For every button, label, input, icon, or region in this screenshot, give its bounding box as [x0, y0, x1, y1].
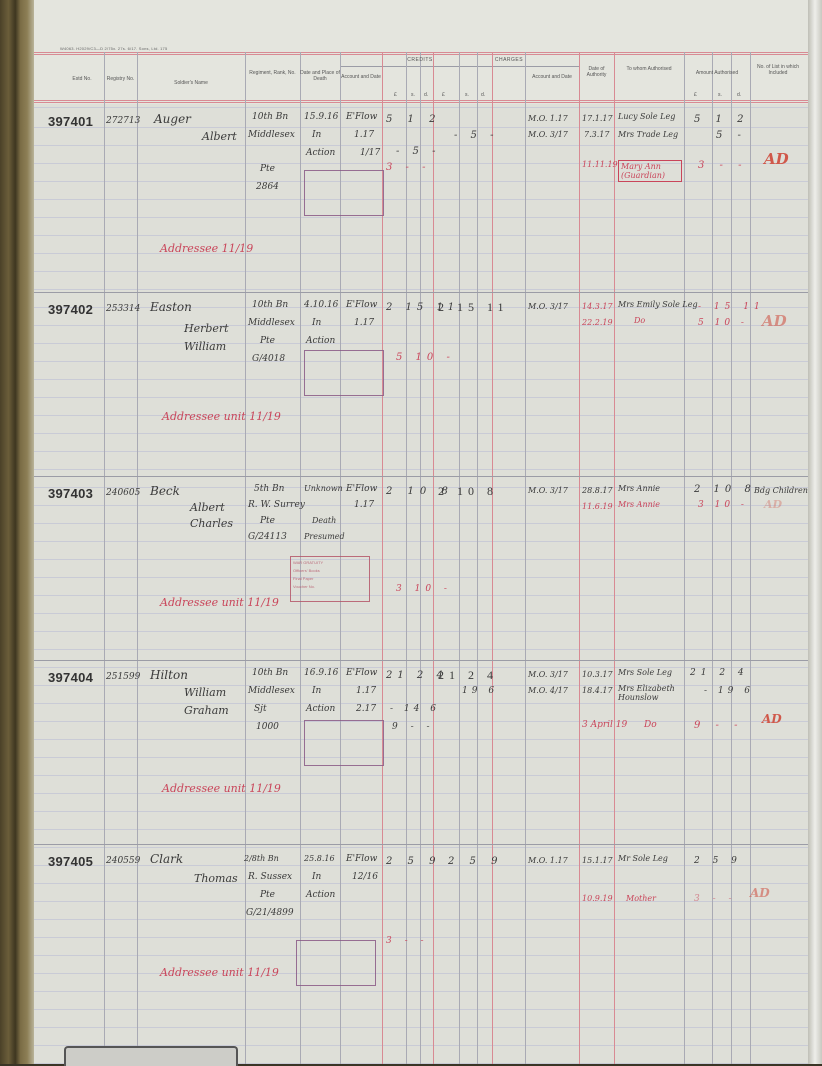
- clerk-initials: AD: [750, 886, 770, 900]
- col-charges-account: Account and Date: [525, 74, 579, 80]
- ledger-tab-holder: [64, 1046, 238, 1064]
- death-date: 15.9.16: [304, 112, 338, 122]
- charge-account: M.O. 1.17: [528, 114, 568, 123]
- credit-amount: 9 - -: [392, 722, 435, 732]
- col-list-no: No. of List in which Included: [750, 64, 806, 76]
- amount-authorised: 21 2 4: [690, 668, 749, 678]
- credit-account: 1.17: [354, 130, 374, 140]
- credit-amount: 5 10 -: [396, 352, 455, 363]
- amount-authorised: 2 5 9: [694, 856, 742, 866]
- credit-account: E'Flow: [346, 300, 377, 310]
- credit-account: 1.17: [354, 318, 374, 328]
- death-place: Action: [306, 890, 335, 900]
- service-number: 1000: [256, 722, 279, 732]
- charge-account: M.O. 4/17: [528, 686, 568, 695]
- col-date-place-death: Date and Place of Death: [300, 70, 340, 82]
- forenames: Albert Charles: [190, 500, 244, 532]
- clerk-initials: AD: [764, 498, 782, 511]
- charge-amount: 19 6: [462, 686, 498, 696]
- death-date: 4.10.16: [304, 300, 338, 310]
- header-bottom-rule-2: [34, 102, 810, 103]
- charge-account: M.O. 1.17: [528, 856, 568, 865]
- ledger-entry: 397405 240559 Clark Thomas 2/8th Bn R. S…: [34, 844, 810, 1064]
- death-date: Unknown: [304, 484, 343, 493]
- ledger-entry: 397403 240605 Beck Albert Charles 5th Bn…: [34, 476, 810, 660]
- registry-number: 240605: [106, 488, 140, 498]
- list-number: Bdg Children: [754, 486, 808, 495]
- amount-authorised: 5 10 -: [698, 318, 748, 328]
- authority-date: 22.2.19: [582, 318, 613, 327]
- regiment: 10th Bn: [252, 300, 288, 310]
- estate-number: 397405: [48, 854, 93, 869]
- rank: Pte: [260, 516, 275, 526]
- death-place: Action: [306, 148, 335, 158]
- service-number: G/21/4899: [246, 908, 294, 918]
- amount-authorised: 3 - -: [698, 160, 747, 171]
- charge-amount: 2 15 11: [438, 300, 509, 315]
- rank: Pte: [260, 890, 275, 900]
- rank: Pte: [260, 336, 275, 346]
- service-number: G/4018: [252, 354, 285, 364]
- authority-date: 10.3.17: [582, 670, 613, 679]
- registry-number: 272713: [106, 116, 140, 126]
- authority-date: 11.11.19: [582, 160, 618, 169]
- credit-account: E'Flow: [346, 854, 377, 864]
- lsd-shilling: s.: [411, 92, 415, 98]
- death-place: In: [312, 130, 321, 140]
- lsd-shilling: s.: [465, 92, 469, 98]
- credit-amount: - 14 6: [390, 704, 440, 714]
- surname: Auger: [154, 112, 191, 126]
- forenames: William Graham: [184, 684, 244, 720]
- lsd-pound: £: [694, 92, 697, 98]
- registry-number: 251599: [106, 672, 140, 682]
- authorised-payee: Mrs Annie: [618, 484, 660, 493]
- authorised-payee: Lucy Sole Leg: [618, 112, 675, 121]
- war-gratuity-stamp: [304, 170, 384, 216]
- death-place: Presumed: [304, 532, 345, 541]
- ledger-entry: 397402 253314 Easton Herbert William 10t…: [34, 292, 810, 476]
- rank: Sjt: [254, 704, 267, 714]
- credit-account: E'Flow: [346, 484, 377, 494]
- amount-authorised: - 19 6: [704, 686, 754, 696]
- authorised-payee: Mary Ann (Guardian): [618, 160, 682, 182]
- col-registry-no: Registry No.: [104, 76, 137, 82]
- header-top-rule: [34, 52, 810, 53]
- credits-group-header: CREDITS: [382, 57, 458, 63]
- authority-date: 7.3.17: [584, 130, 609, 139]
- charge-account: M.O. 3/17: [528, 302, 568, 311]
- credit-account: 1/17: [360, 148, 380, 158]
- estate-number: 397403: [48, 486, 93, 501]
- war-gratuity-stamp: [304, 720, 384, 766]
- war-gratuity-stamp: [304, 350, 384, 396]
- col-to-whom: To whom Authorised: [614, 66, 684, 72]
- lsd-pound: £: [442, 92, 445, 98]
- header-bottom-rule: [34, 100, 810, 101]
- forenames: Herbert William: [184, 320, 244, 356]
- authorised-payee: Mrs Sole Leg: [618, 668, 672, 677]
- death-place: In: [312, 872, 321, 882]
- forenames: Albert: [202, 130, 237, 143]
- authorised-payee: Mother: [626, 894, 656, 903]
- amount-authorised: 3 - -: [694, 894, 737, 904]
- credit-amount: 2 5 9: [386, 856, 441, 867]
- rank: Pte: [260, 164, 275, 174]
- authorised-payee: Mrs Annie: [618, 500, 660, 509]
- surname: Hilton: [150, 668, 188, 682]
- addressee-note: Addressee unit 11/19: [160, 596, 279, 609]
- amount-authorised: 9 - -: [694, 720, 743, 731]
- ledger-entry: 397404 251599 Hilton William Graham 10th…: [34, 660, 810, 844]
- credit-account: 1.17: [356, 686, 376, 696]
- credit-account: E'Flow: [346, 112, 377, 122]
- header-top-rule-2: [34, 54, 810, 55]
- ledger-page: W4063. H2029/C3—D 2/75x. 27s. 6/17. Sons…: [34, 0, 810, 1064]
- authorised-payee: Do: [644, 720, 657, 730]
- charge-amount: - 5 -: [454, 130, 498, 141]
- credit-amount: 3 - -: [386, 162, 430, 173]
- printer-line: W4063. H2029/C3—D 2/75x. 27s. 6/17. Sons…: [60, 46, 167, 51]
- surname: Easton: [150, 300, 192, 314]
- forenames: Thomas: [194, 872, 238, 885]
- amount-authorised: 3 10 -: [698, 500, 748, 510]
- service-number: G/24113: [248, 532, 287, 542]
- lsd-shilling: s.: [718, 92, 722, 98]
- authority-date: 3 April 19: [582, 720, 627, 730]
- death-place: In: [312, 318, 321, 328]
- regiment: R. W. Surrey: [248, 500, 305, 510]
- col-date-authority: Date of Authority: [579, 66, 614, 78]
- regiment: R. Sussex: [248, 872, 292, 882]
- credit-account: 12/16: [352, 872, 378, 882]
- col-amount-authorised: Amount Authorised: [684, 70, 750, 76]
- authority-date: 18.4.17: [582, 686, 613, 695]
- addressee-note: Addressee unit 11/19: [160, 966, 279, 979]
- col-soldier-name: Soldier's Name: [137, 80, 245, 86]
- authorised-payee: Mrs Emily Sole Leg: [618, 300, 698, 309]
- regiment: Middlesex: [248, 686, 295, 696]
- amount-authorised: 5 1 2: [694, 114, 749, 125]
- charge-amount: 2 10 8: [438, 484, 498, 499]
- regiment: Middlesex: [248, 318, 295, 328]
- charge-amount: 2 5 9: [448, 856, 503, 867]
- clerk-initials: AD: [762, 712, 782, 726]
- service-number: 2864: [256, 182, 279, 192]
- credit-amount: - 5 -: [396, 146, 440, 157]
- addressee-note: Addressee 11/19: [160, 242, 253, 255]
- lsd-pence: d.: [737, 92, 741, 98]
- death-place: Action: [306, 704, 335, 714]
- authorised-payee: Mrs Trade Leg: [618, 130, 678, 139]
- authorised-payee: Do: [634, 316, 645, 325]
- charge-account: M.O. 3/17: [528, 130, 568, 139]
- amount-authorised: - 15 11: [698, 302, 765, 312]
- authorised-payee: Mrs Elizabeth Hounslow: [618, 684, 680, 702]
- group-header-rule: [340, 66, 580, 67]
- war-gratuity-stamp: [296, 940, 376, 986]
- regiment: Middlesex: [248, 130, 295, 140]
- credit-amount: 3 - -: [386, 936, 429, 946]
- credit-account: E'Flow: [346, 668, 377, 678]
- credit-amount: 5 1 2: [386, 114, 441, 125]
- clerk-initials: AD: [762, 312, 787, 330]
- war-gratuity-stamp: WAR GRATUITYOfficers' BooksFinal PaperVo…: [290, 556, 370, 602]
- death-place: Action: [306, 336, 335, 346]
- charge-account: M.O. 3/17: [528, 486, 568, 495]
- registry-number: 240559: [106, 856, 140, 866]
- estate-number: 397402: [48, 302, 93, 317]
- col-estd-no: Estd No.: [60, 76, 104, 82]
- addressee-note: Addressee unit 11/19: [162, 782, 281, 795]
- authority-date: 28.8.17: [582, 486, 613, 495]
- authorised-payee: Mr Sole Leg: [618, 854, 668, 863]
- charge-account: M.O. 3/17: [528, 670, 568, 679]
- death-place: Death: [312, 516, 336, 525]
- lsd-pence: d.: [481, 92, 485, 98]
- credit-account: 2.17: [356, 704, 376, 714]
- authority-date: 14.3.17: [582, 302, 613, 311]
- estate-number: 397401: [48, 114, 93, 129]
- death-date: 25.8.16: [304, 854, 335, 863]
- authority-date: 17.1.17: [582, 114, 613, 123]
- lsd-pound: £: [394, 92, 397, 98]
- surname: Beck: [150, 484, 180, 498]
- surname: Clark: [150, 852, 183, 866]
- amount-authorised: 2 10 8: [694, 484, 756, 495]
- col-credits-account: Account and Date: [340, 74, 382, 80]
- col-regiment: Regiment, Rank, No.: [245, 70, 300, 76]
- death-date: 16.9.16: [304, 668, 338, 678]
- addressee-note: Addressee unit 11/19: [162, 410, 281, 423]
- death-place: In: [312, 686, 321, 696]
- lsd-pence: d.: [424, 92, 428, 98]
- amount-authorised: 5 -: [716, 130, 747, 141]
- regiment: 5th Bn: [254, 484, 284, 494]
- ledger-entry: 397401 272713 Auger Albert 10th Bn Middl…: [34, 104, 810, 290]
- credit-account: 1.17: [354, 500, 374, 510]
- ledger-binding: [0, 0, 34, 1064]
- registry-number: 253314: [106, 304, 140, 314]
- regiment: 10th Bn: [252, 112, 288, 122]
- authority-date: 11.6.19: [582, 502, 613, 511]
- estate-number: 397404: [48, 670, 93, 685]
- credit-amount: 3 10 -: [396, 584, 452, 594]
- regiment: 2/8th Bn: [244, 854, 279, 863]
- page-edge: [808, 0, 822, 1064]
- clerk-initials: AD: [764, 150, 789, 168]
- charge-amount: 21 2 4: [438, 668, 498, 683]
- regiment: 10th Bn: [252, 668, 288, 678]
- authority-date: 15.1.17: [582, 856, 613, 865]
- authority-date: 10.9.19: [582, 894, 613, 903]
- charges-group-header: CHARGES: [474, 57, 544, 63]
